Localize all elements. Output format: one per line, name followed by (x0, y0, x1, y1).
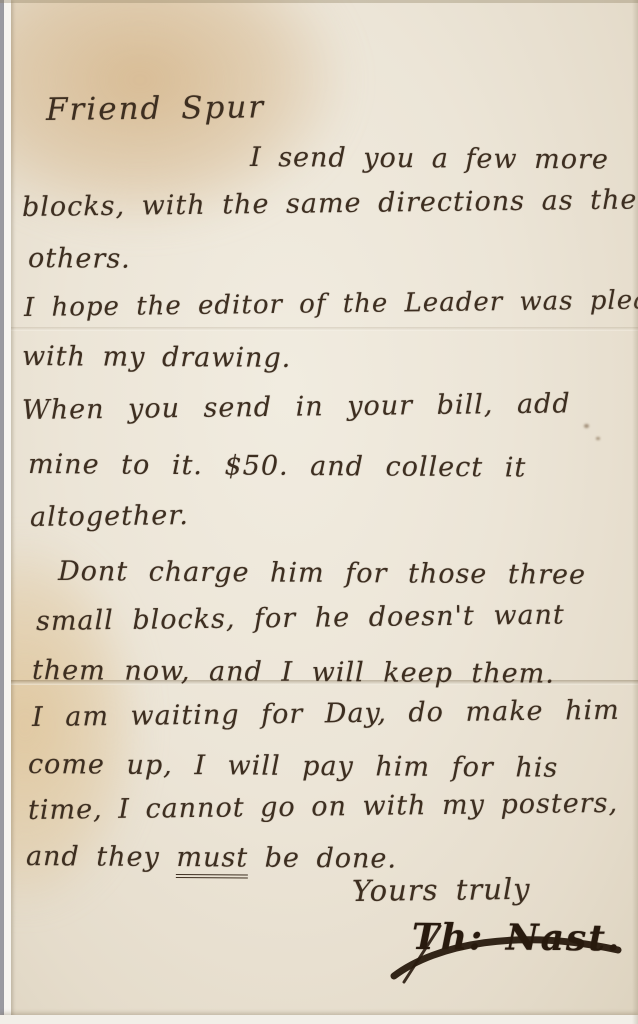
paper-edge-right (632, 0, 638, 1024)
scan-edge-left-white (4, 0, 11, 1024)
paper-edge-bottom (0, 1015, 638, 1024)
letter-line: them now, and I will keep them. (32, 655, 555, 690)
letter-line: small blocks, for he doesn't want (36, 600, 565, 637)
letter-line: When you send in your bill, add (22, 388, 571, 426)
letter-line: I send you a few more (250, 142, 609, 176)
line-pre: and they (26, 841, 177, 873)
letter-line: Dont charge him for those three (58, 556, 586, 591)
closing: Yours truly (352, 872, 531, 908)
letter-line: others. (28, 243, 131, 275)
letter-line-emphasis: and they must be done. (26, 841, 397, 875)
underlined-word: must (176, 842, 248, 878)
letter-line: time, I cannot go on with my posters, (28, 788, 618, 826)
letter-line: mine to it. $50. and collect it (28, 449, 526, 483)
letter-line: altogether. (30, 500, 189, 533)
letter-line: I am waiting for Day, do make him (32, 695, 620, 733)
letter-line: blocks, with the same directions as the (22, 184, 638, 223)
letter-page: Friend Spur I send you a few more blocks… (0, 0, 638, 1024)
salutation: Friend Spur (46, 89, 266, 128)
paper-edge-top (0, 0, 638, 3)
letter-line: with my drawing. (22, 341, 292, 374)
signature: Th: Nast. (412, 916, 622, 959)
line-post: be done. (248, 843, 397, 875)
letter-line: I hope the editor of the Leader was plea… (24, 285, 638, 323)
letter-line: come up, I will pay him for his (28, 749, 558, 784)
letter-body: Friend Spur I send you a few more blocks… (0, 0, 638, 1024)
